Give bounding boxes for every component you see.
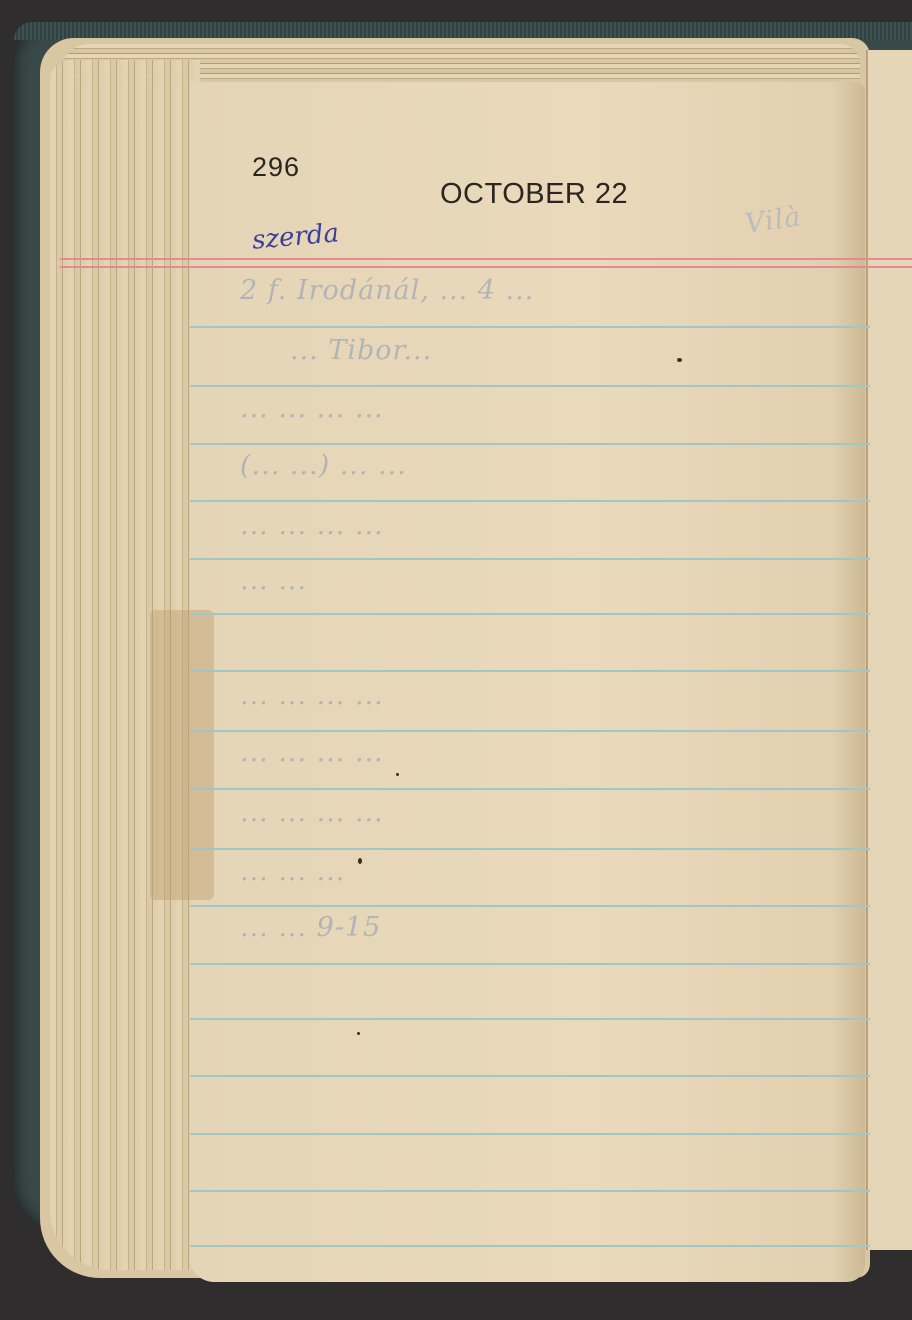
entry-line-10: ... ... ... (240, 856, 345, 887)
ruled-line (190, 730, 870, 732)
ruled-line (190, 443, 870, 445)
ruled-line (190, 500, 870, 502)
red-rule-top (60, 258, 912, 260)
date-heading: OCTOBER 22 (440, 178, 628, 211)
ruled-line (190, 1133, 870, 1135)
entry-line-2: ... Tibor... (290, 335, 432, 366)
ruled-line (190, 326, 870, 328)
ruled-line (190, 1245, 870, 1247)
entry-line-4: (... ...) ... ... (240, 450, 407, 481)
ruled-line (190, 1018, 870, 1020)
entry-line-1: 2 f. Irodánál, ... 4 ... (240, 275, 534, 306)
ruled-line (190, 848, 870, 850)
page-number: 296 (252, 152, 300, 183)
ruled-line (190, 788, 870, 790)
ruled-line (190, 670, 870, 672)
paper-speck (358, 858, 362, 864)
entry-line-7: ... ... ... ... (240, 680, 384, 711)
entry-line-3: ... ... ... ... (240, 393, 384, 424)
ruled-line (190, 558, 870, 560)
paper-speck (357, 1032, 360, 1035)
entry-line-5: ... ... ... ... (240, 510, 384, 541)
ruled-line (190, 613, 870, 615)
paper-speck (396, 773, 399, 776)
ruled-line (190, 905, 870, 907)
entry-line-6: ... ... (240, 565, 307, 596)
ruled-line (190, 1190, 870, 1192)
ruled-line (190, 385, 870, 387)
red-rule-bottom (60, 266, 912, 268)
entry-line-8: ... ... ... ... (240, 737, 384, 768)
water-stain (150, 610, 214, 900)
paper-speck (677, 358, 682, 362)
ruled-line (190, 1075, 870, 1077)
ruled-line (190, 963, 870, 965)
entry-line-11: ... ... 9-15 (240, 912, 381, 943)
facing-page-edge (866, 50, 912, 1250)
entry-line-9: ... ... ... ... (240, 797, 384, 828)
